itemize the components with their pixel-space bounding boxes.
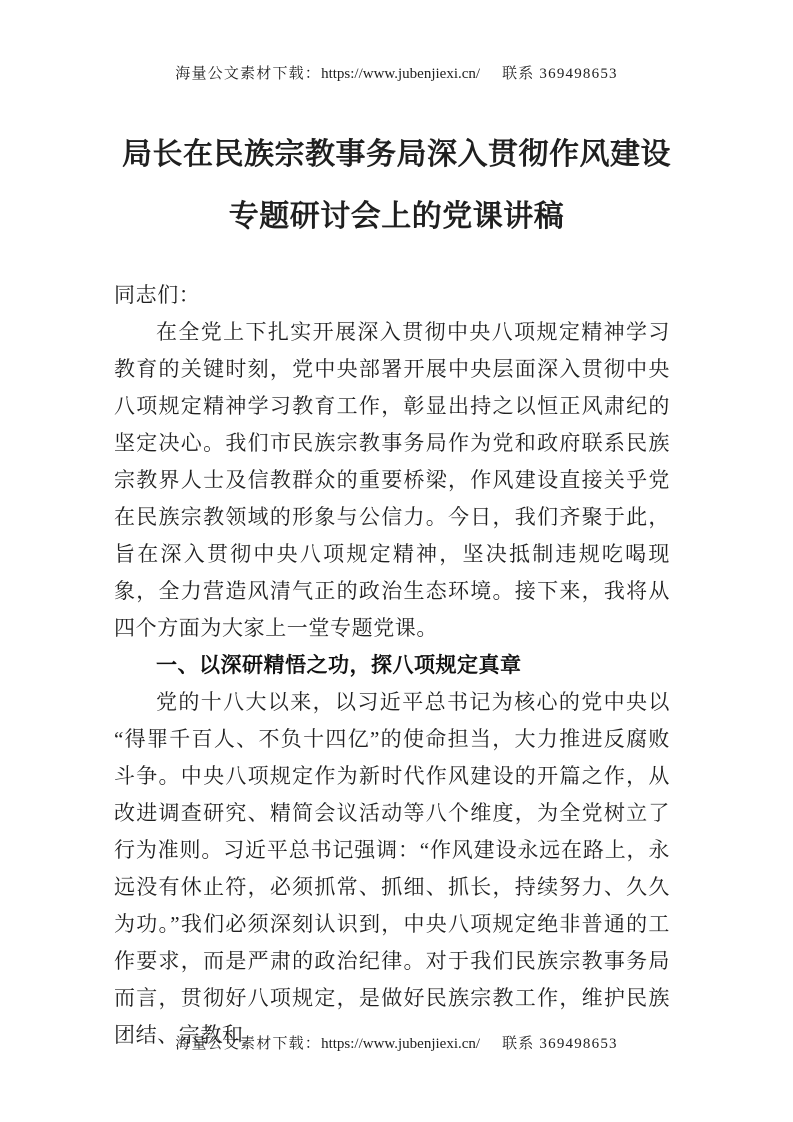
header-watermark-url: https://www.jubenjiexi.cn/ — [321, 66, 480, 82]
footer-watermark-url: https://www.jubenjiexi.cn/ — [321, 1036, 480, 1052]
document-page: 海量公文素材下载：https://www.jubenjiexi.cn/联系 36… — [0, 0, 793, 1122]
paragraph-section-1: 党的十八大以来，以习近平总书记为核心的党中央以“得罪千百人、不负十四亿”的使命担… — [114, 684, 670, 1054]
footer-watermark-label: 海量公文素材下载： — [175, 1036, 321, 1052]
footer-watermark-contact: 联系 369498653 — [502, 1036, 618, 1052]
salutation: 同志们： — [114, 277, 670, 314]
section-1-heading: 一、以深研精悟之功，探八项规定真章 — [114, 647, 670, 684]
document-title-line2: 专题研讨会上的党课讲稿 — [0, 186, 793, 248]
header-watermark-contact: 联系 369498653 — [502, 66, 618, 82]
paragraph-intro: 在全党上下扎实开展深入贯彻中央八项规定精神学习教育的关键时刻，党中央部署开展中央… — [114, 314, 670, 647]
document-title-line1: 局长在民族宗教事务局深入贯彻作风建设 — [0, 124, 793, 186]
header-watermark-label: 海量公文素材下载： — [175, 66, 321, 82]
header-watermark: 海量公文素材下载：https://www.jubenjiexi.cn/联系 36… — [0, 64, 793, 84]
document-title: 局长在民族宗教事务局深入贯彻作风建设 专题研讨会上的党课讲稿 — [0, 124, 793, 248]
footer-watermark: 海量公文素材下载：https://www.jubenjiexi.cn/联系 36… — [0, 1034, 793, 1054]
document-body: 同志们： 在全党上下扎实开展深入贯彻中央八项规定精神学习教育的关键时刻，党中央部… — [114, 277, 670, 1054]
